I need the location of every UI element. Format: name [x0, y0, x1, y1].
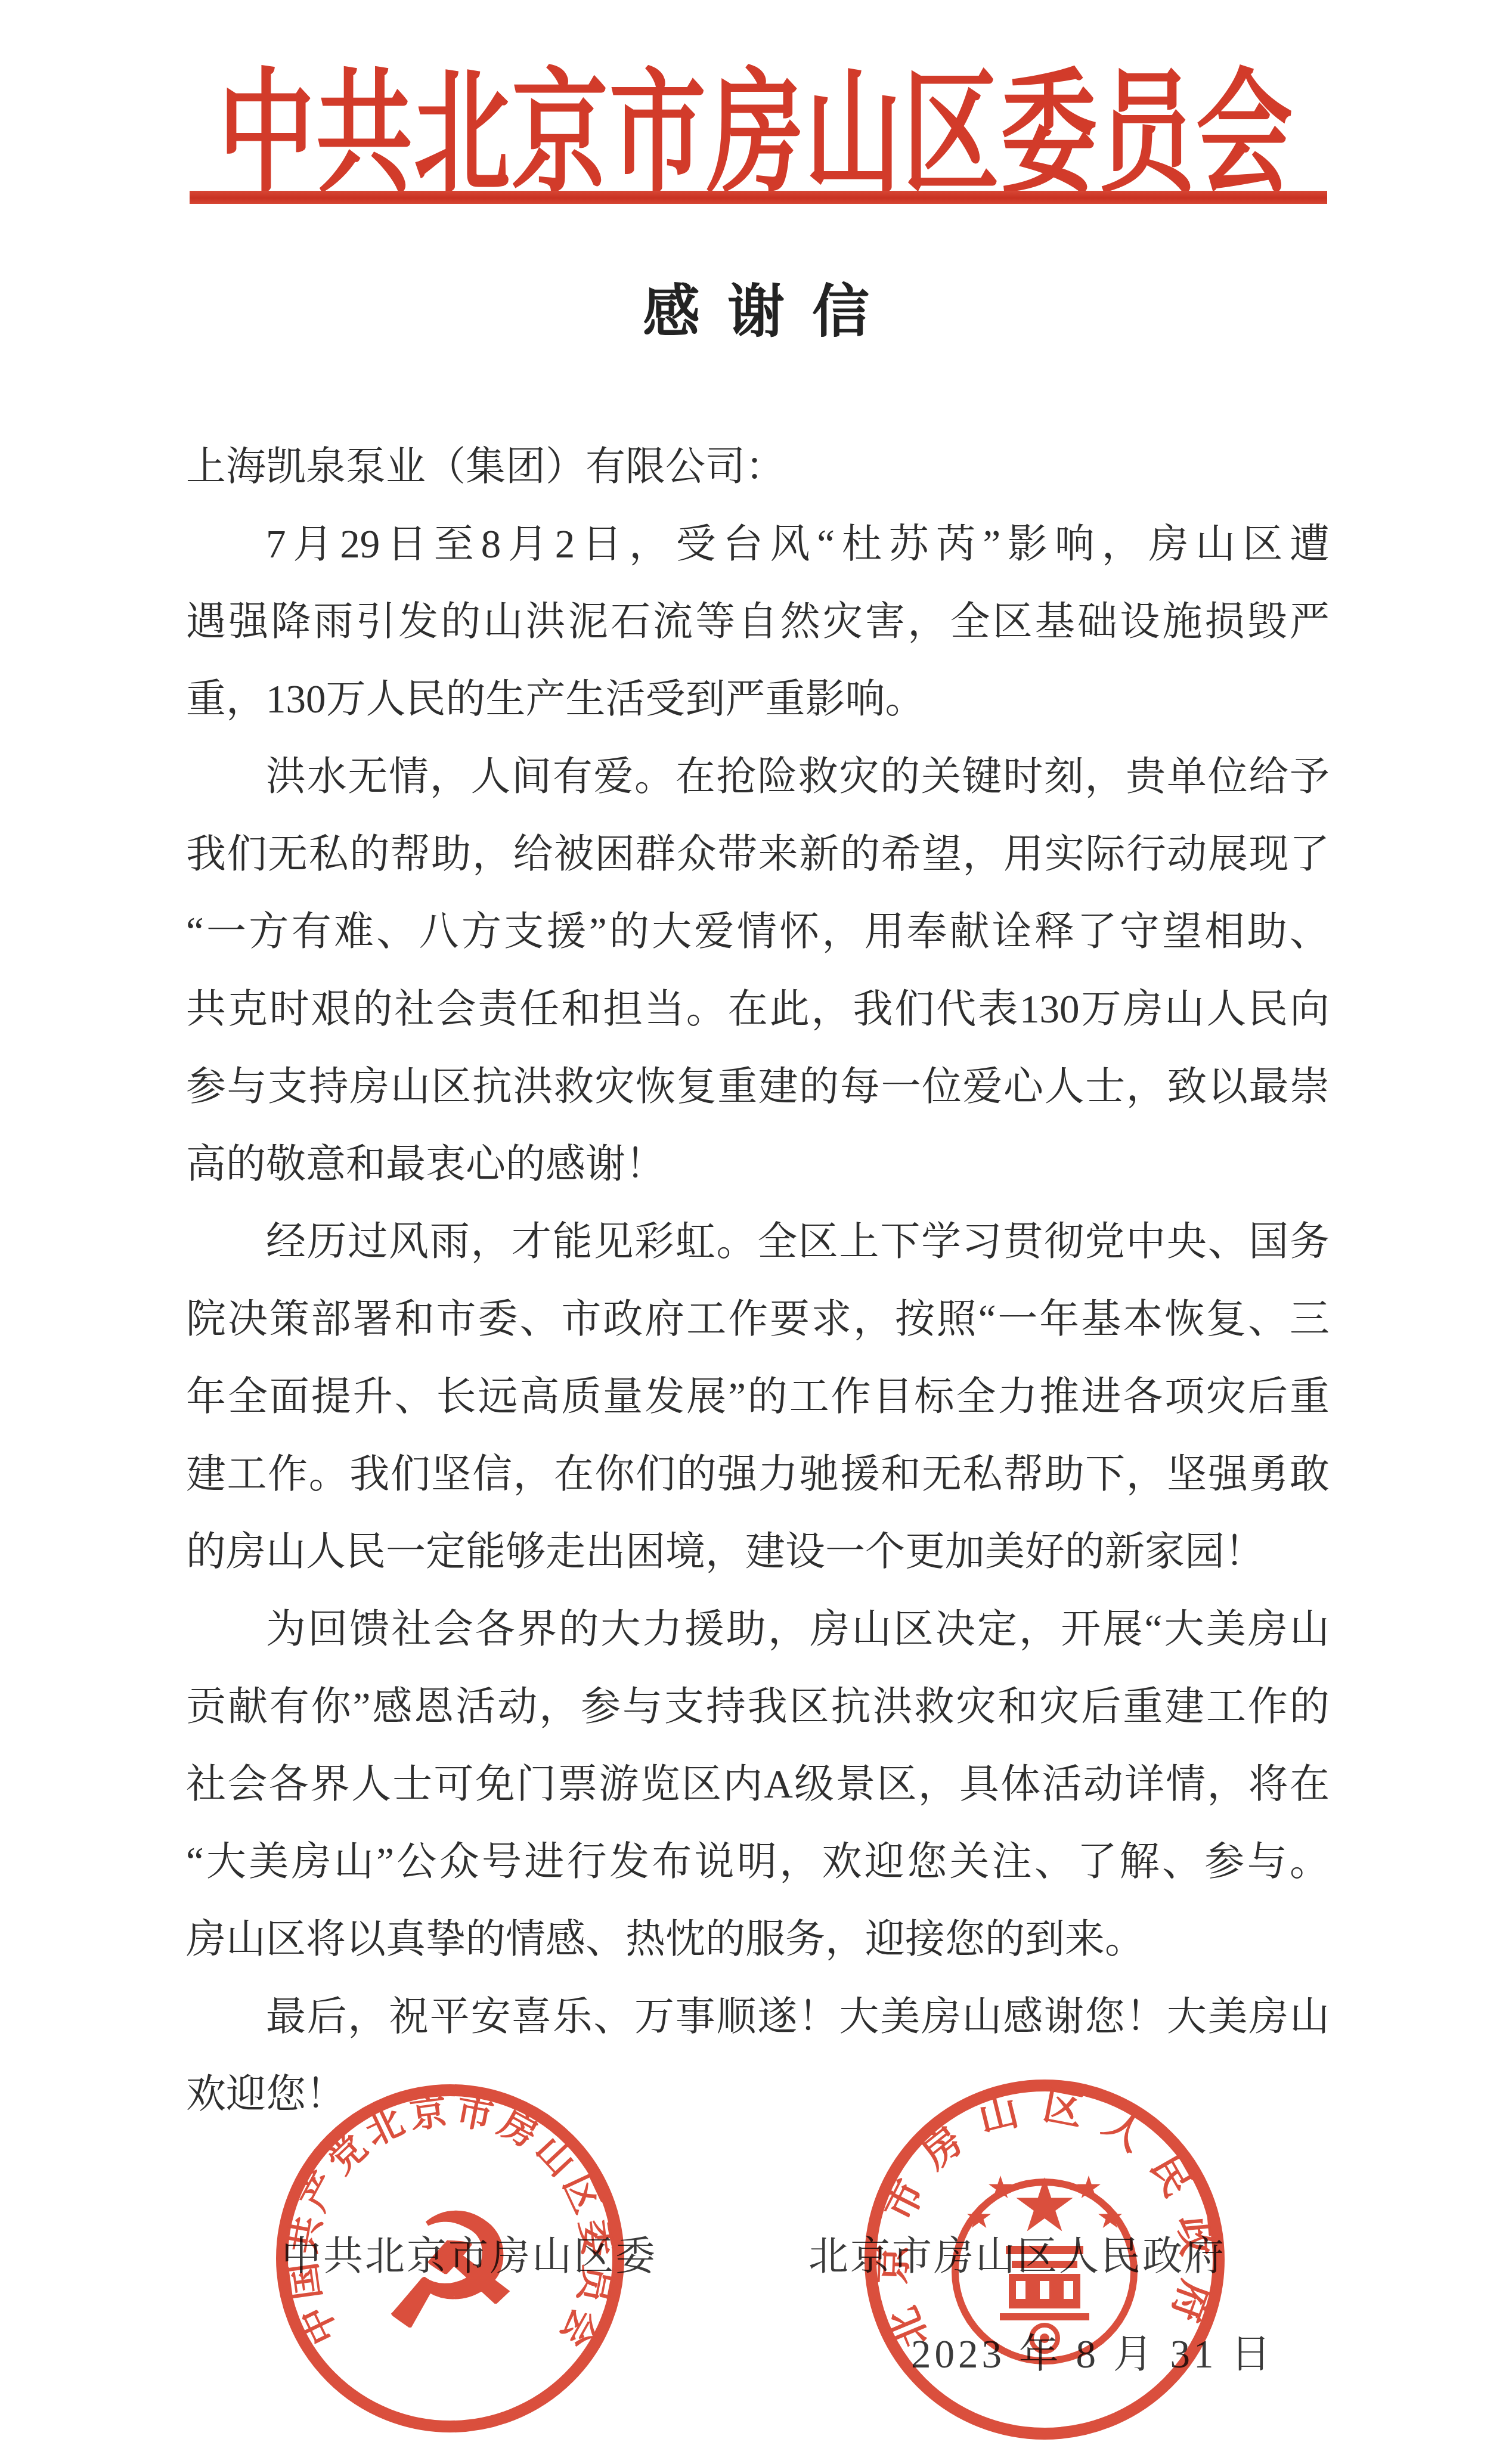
body-line: 经历过风雨，才能见彩虹。全区上下学习贯彻党中央、国务: [186, 1203, 1330, 1281]
body-line: 高的敬意和最衷心的感谢！: [186, 1126, 1330, 1203]
body-line: 建工作。我们坚信，在你们的强力驰援和无私帮助下，坚强勇敢: [186, 1436, 1330, 1513]
body-line: 的房山人民一定能够走出困境，建设一个更加美好的新家园！: [186, 1513, 1330, 1591]
body-line: 参与支持房山区抗洪救灾恢复重建的每一位爱心人士，致以最崇: [186, 1048, 1330, 1126]
body-line: 社会各界人士可免门票游览区内A级景区，具体活动详情，将在: [186, 1746, 1330, 1823]
body-line: 最后，祝平安喜乐、万事顺遂！大美房山感谢您！大美房山: [186, 1978, 1330, 2056]
body-line: “大美房山”公众号进行发布说明，欢迎您关注、了解、参与。: [186, 1823, 1330, 1901]
letterhead-divider: [190, 191, 1327, 204]
signature-government: 北京市房山区人民政府: [808, 2237, 1226, 2277]
body-line: 上海凯泉泵业（集团）有限公司：: [186, 428, 1330, 506]
body-line: 重，130万人民的生产生活受到严重影响。: [186, 661, 1330, 738]
body-line: 为回馈社会各界的大力援助，房山区决定，开展“大美房山: [186, 1591, 1330, 1668]
body-line: 院决策部署和市委、市政府工作要求，按照“一年基本恢复、三: [186, 1281, 1330, 1358]
body-line: 房山区将以真挚的情感、热忱的服务，迎接您的到来。: [186, 1901, 1330, 1978]
body-line: 洪水无情，人间有爱。在抢险救灾的关键时刻，贵单位给予: [186, 738, 1330, 816]
document-title: 感谢信: [0, 266, 1512, 348]
body-line: “一方有难、八方支援”的大爱情怀，用奉献诠释了守望相助、: [186, 893, 1330, 971]
body-lines: 上海凯泉泵业（集团）有限公司：7月29日至8月2日，受台风“杜苏芮”影响，房山区…: [186, 428, 1330, 2133]
signature-party-committee: 中共北京市房山区委: [281, 2237, 657, 2277]
body-line: 遇强降雨引发的山洪泥石流等自然灾害，全区基础设施损毁严: [186, 583, 1330, 661]
body-line: 共克时艰的社会责任和担当。在此，我们代表130万房山人民向: [186, 971, 1330, 1048]
letter-page: 中共北京市房山区委员会 感谢信 上海凯泉泵业（集团）有限公司：7月29日至8月2…: [0, 0, 1512, 2442]
body-line: 贡献有你”感恩活动，参与支持我区抗洪救灾和灾后重建工作的: [186, 1668, 1330, 1746]
signature-date: 2023 年 8 月 31 日: [911, 2335, 1274, 2375]
body-line: 年全面提升、长远高质量发展”的工作目标全力推进各项灾后重: [186, 1358, 1330, 1436]
letterhead-org-title: 中共北京市房山区委员会: [0, 27, 1512, 218]
body-line: 我们无私的帮助，给被困群众带来新的希望，用实际行动展现了: [186, 816, 1330, 893]
body-line: 7月29日至8月2日，受台风“杜苏芮”影响，房山区遭: [186, 506, 1330, 583]
